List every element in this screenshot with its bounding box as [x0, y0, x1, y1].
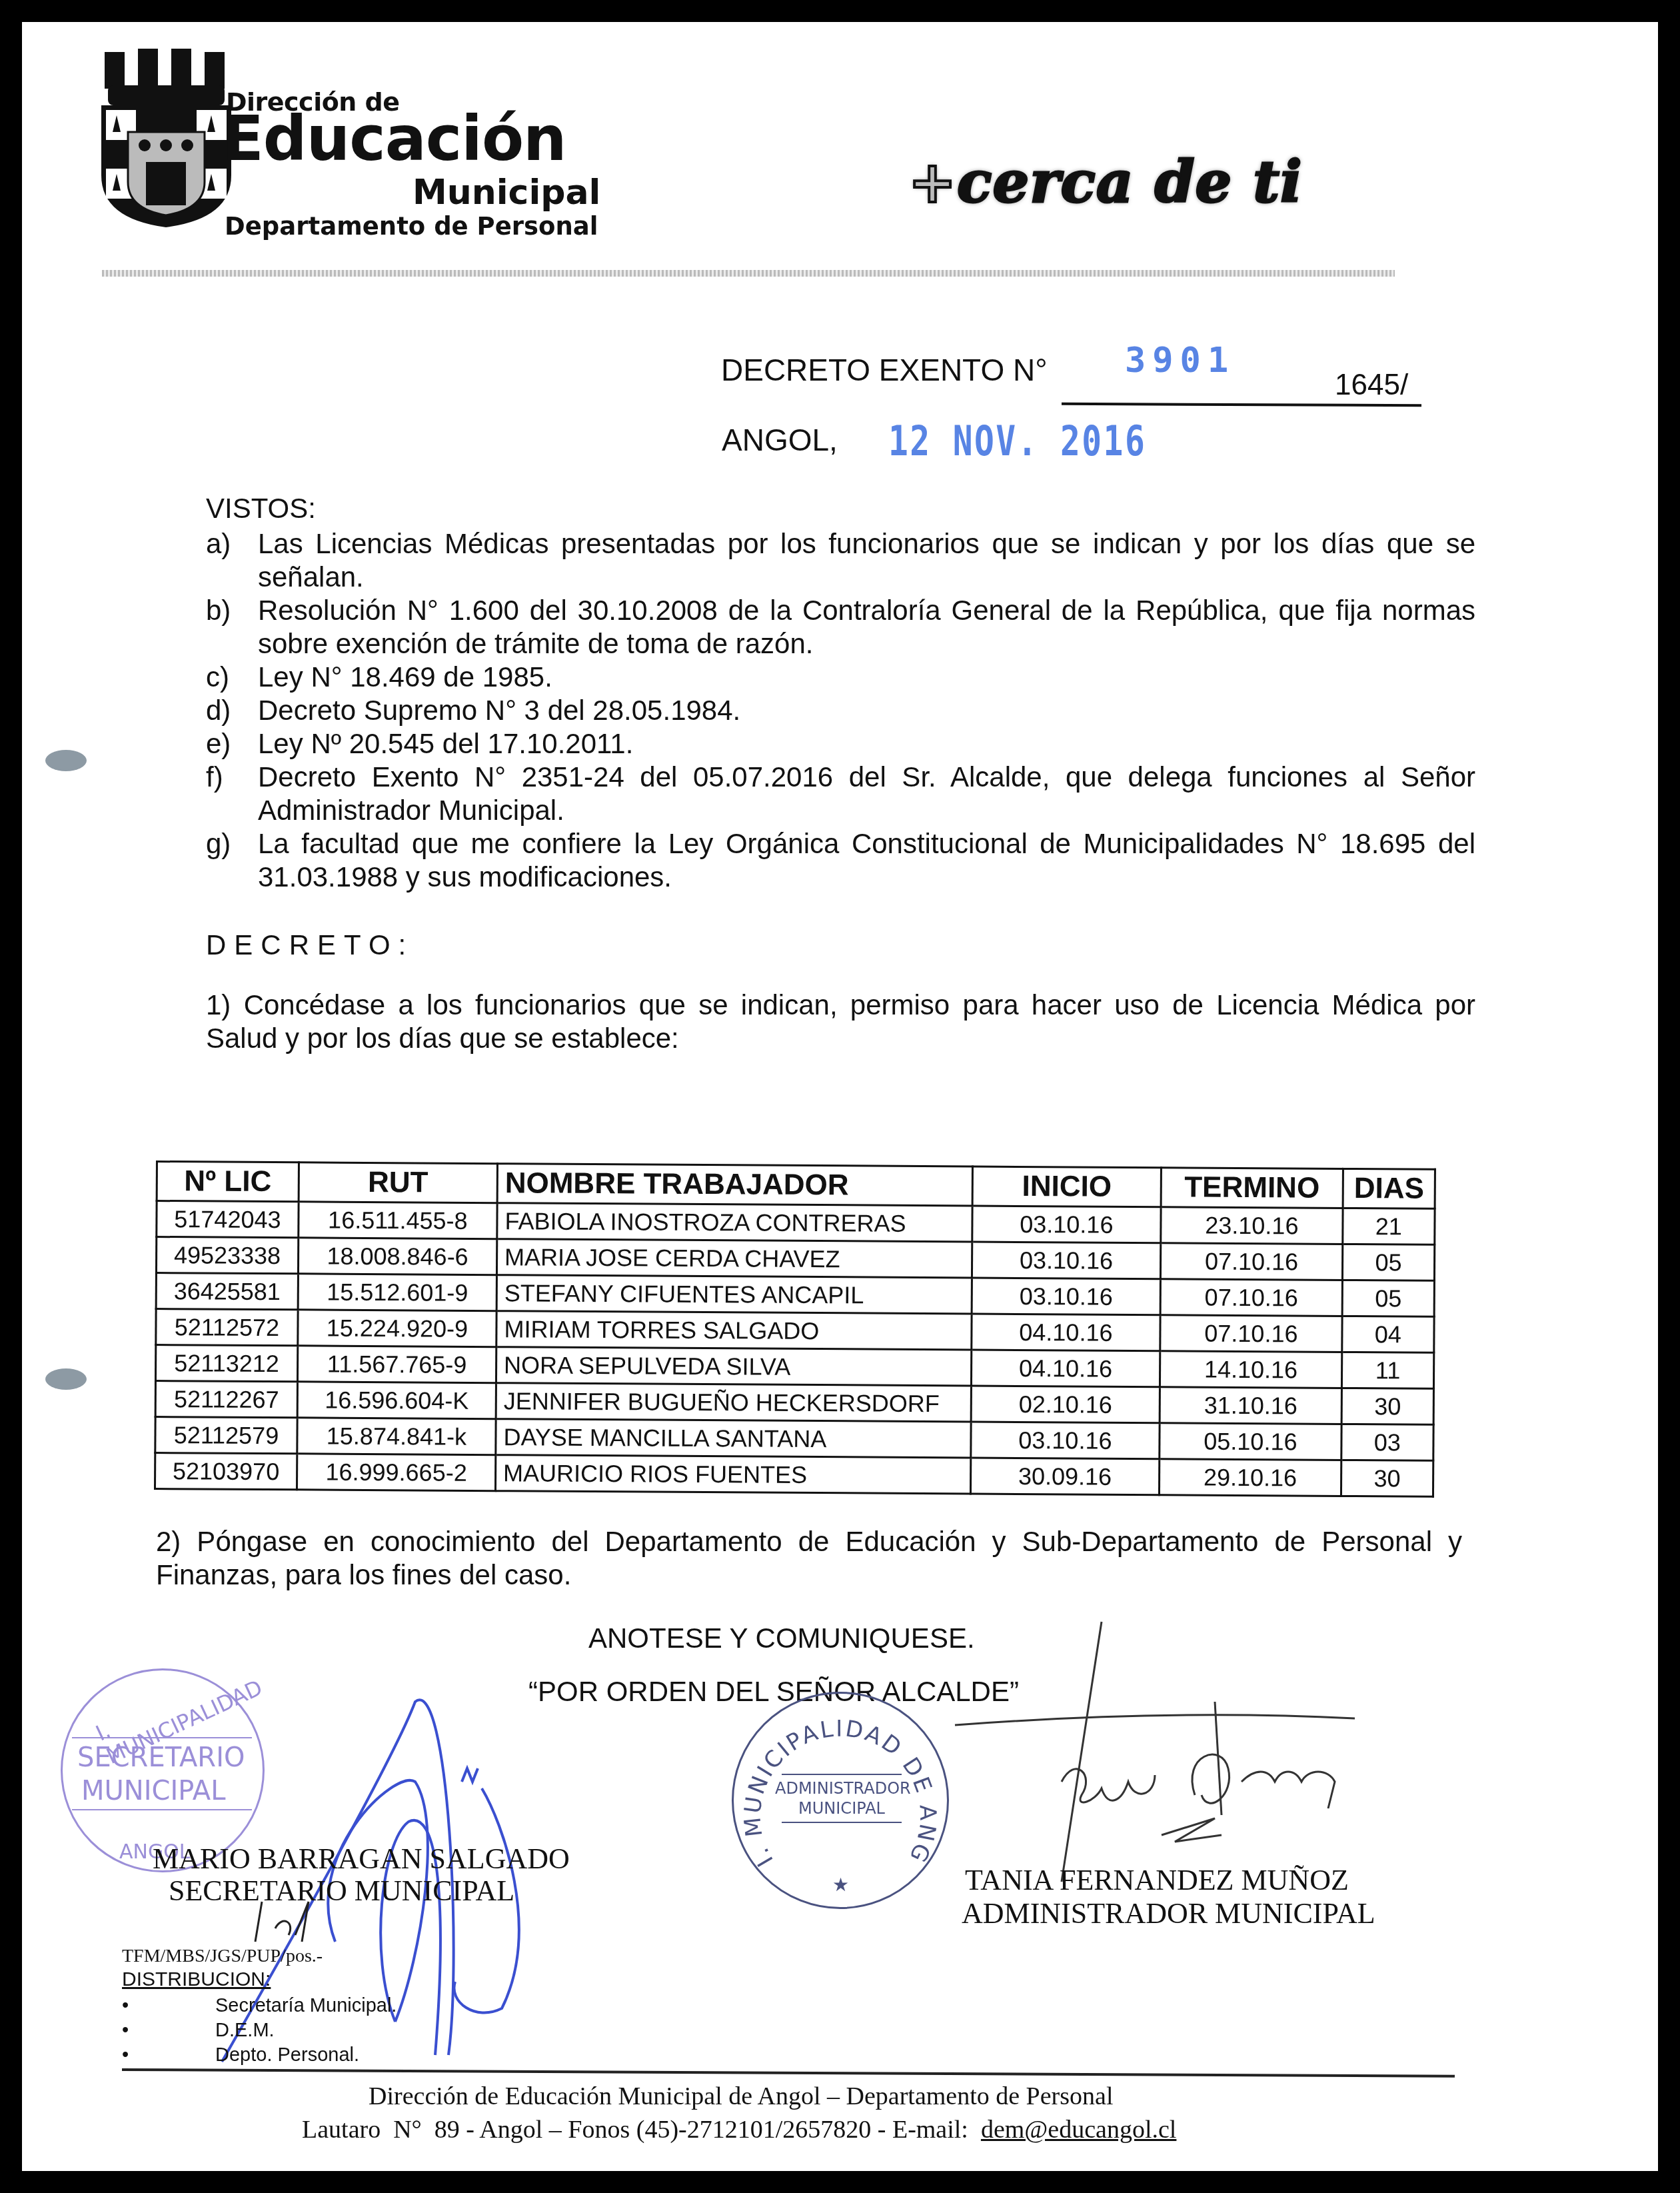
table-cell: 07.10.16 [1160, 1279, 1342, 1316]
table-cell: 51742043 [157, 1201, 299, 1238]
table-header-cell: TERMINO [1161, 1168, 1343, 1208]
distribution-item-text: D.E.M. [215, 2018, 275, 2043]
table-cell: MAURICIO RIOS FUENTES [495, 1455, 970, 1494]
table-cell: 15.224.920-9 [298, 1310, 496, 1347]
table-cell: 52113212 [155, 1345, 297, 1382]
table-cell: 15.512.601-9 [298, 1274, 496, 1311]
plus-icon: + [908, 149, 957, 216]
table-cell: 16.999.665-2 [297, 1454, 495, 1491]
vistos-item: a)Las Licencias Médicas presentadas por … [206, 527, 1475, 594]
vistos-item: e)Ley Nº 20.545 del 17.10.2011. [206, 727, 1475, 761]
distribution-item: •Depto. Personal. [122, 2043, 397, 2068]
punch-hole [45, 1368, 87, 1390]
vistos-item: g)La facultad que me confiere la Ley Org… [206, 827, 1475, 894]
table-cell: 21 [1343, 1208, 1435, 1244]
place-label: ANGOL, [722, 422, 838, 458]
vistos-item: b)Resolución N° 1.600 del 30.10.2008 de … [206, 594, 1475, 661]
vistos-item-text: Ley N° 18.469 de 1985. [258, 661, 1475, 694]
distribution-list: •Secretaría Municipal.•D.E.M.•Depto. Per… [122, 1994, 397, 2068]
table-cell: 30 [1341, 1388, 1433, 1424]
table-cell: NORA SEPULVEDA SILVA [496, 1347, 971, 1386]
signatory-right-title: ADMINISTRADOR MUNICIPAL [962, 1896, 1375, 1930]
signatory-left-name: MARIO BARRAGAN SALGADO [153, 1842, 570, 1876]
initials-scribble-icon [255, 1902, 309, 1942]
anotese-text: ANOTESE Y COMUNIQUESE. [588, 1622, 975, 1655]
table-cell: 03 [1341, 1424, 1433, 1460]
table-cell: 16.596.604-K [297, 1382, 496, 1419]
author-initials: TFM/MBS/JGS/PUP/pos.- [122, 1946, 323, 1967]
table-cell: FABIOLA INOSTROZA CONTRERAS [497, 1203, 972, 1242]
table-cell: 02.10.16 [971, 1386, 1160, 1423]
table-cell: 03.10.16 [971, 1422, 1160, 1459]
table-header-cell: DIAS [1343, 1168, 1435, 1208]
stamp-text: SECRETARIO [77, 1742, 245, 1773]
distribution-item: •D.E.M. [122, 2018, 397, 2043]
table-cell: 18.008.846-6 [298, 1238, 496, 1275]
table-header-cell: Nº LIC [157, 1162, 299, 1202]
table-header-cell: NOMBRE TRABAJADOR [497, 1164, 972, 1206]
table-cell: 16.511.455-8 [299, 1202, 497, 1239]
header-title-educacion: Educación [222, 109, 566, 170]
coat-of-arms-icon [98, 49, 238, 229]
table-cell: 03.10.16 [972, 1242, 1160, 1279]
distribution-item-text: Secretaría Municipal. [215, 1994, 397, 2018]
footer-institution: Dirección de Educación Municipal de Ango… [369, 2082, 1113, 2111]
administrador-municipal-stamp: I. MUNICIPALIDAD DE ANGOL ADMINISTRADOR … [732, 1692, 949, 1909]
decree-number-underline [1062, 403, 1421, 407]
footer-email-link[interactable]: dem@educangol.cl [981, 2116, 1177, 2144]
table-cell: 52112267 [155, 1381, 297, 1418]
vistos-item-label: d) [206, 694, 258, 727]
table-cell: STEFANY CIFUENTES ANCAPIL [496, 1275, 972, 1314]
vistos-item: d)Decreto Supremo N° 3 del 28.05.1984. [206, 694, 1475, 727]
table-cell: 04 [1342, 1316, 1434, 1352]
slogan-logo: +cerca de ti [908, 149, 1303, 216]
distribution-item-text: Depto. Personal. [215, 2043, 359, 2068]
vistos-item-label: c) [206, 661, 258, 694]
vistos-item-label: a) [206, 527, 258, 594]
distribution-heading: DISTRIBUCION: [122, 1968, 271, 1991]
footer-address: Lautaro N° 89 - Angol – Fonos (45)-27121… [302, 2116, 981, 2144]
vistos-item-label: g) [206, 827, 258, 894]
distribution-item: •Secretaría Municipal. [122, 1994, 397, 2018]
table-cell: 52112572 [156, 1309, 298, 1346]
slogan-text: cerca de ti [957, 149, 1303, 216]
decree-number-label: DECRETO EXENTO N° [721, 352, 1048, 388]
table-row: 5210397016.999.665-2MAURICIO RIOS FUENTE… [155, 1453, 1433, 1497]
administrador-signature-icon [955, 1622, 1355, 1882]
table-cell: 49523338 [156, 1237, 298, 1274]
vistos-item-text: Las Licencias Médicas presentadas por lo… [258, 527, 1475, 594]
table-cell: 05.10.16 [1160, 1423, 1341, 1460]
table-header-cell: RUT [299, 1162, 497, 1203]
table-cell: 14.10.16 [1160, 1351, 1341, 1388]
decreto-heading: DECRETO: [206, 929, 414, 962]
vistos-item-label: f) [206, 761, 258, 827]
header-department: Departamento de Personal [225, 214, 598, 239]
table-cell: 36425581 [156, 1273, 298, 1310]
table-cell: 52112579 [155, 1417, 297, 1454]
article-2: 2) Póngase en conocimiento del Departame… [156, 1525, 1462, 1592]
table-cell: 05 [1342, 1244, 1434, 1280]
bullet-icon: • [122, 2043, 215, 2068]
header-line-municipal: Municipal [413, 175, 600, 210]
table-cell: 52103970 [155, 1453, 297, 1490]
punch-hole [45, 750, 87, 771]
table-cell: 11 [1341, 1352, 1433, 1388]
vistos-item-text: Ley Nº 20.545 del 17.10.2011. [258, 727, 1475, 761]
vistos-heading: VISTOS: [206, 492, 316, 525]
stamp-text: MUNICIPAL [775, 1799, 908, 1818]
table-cell: 30 [1341, 1460, 1433, 1496]
article-1: 1) Concédase a los funcionarios que se i… [206, 989, 1475, 1055]
date-stamp: 12 NOV. 2016 [888, 417, 1146, 465]
decree-number-suffix: 1645/ [1335, 369, 1408, 402]
bullet-icon: • [122, 1994, 215, 2018]
footer-divider [122, 2068, 1455, 2078]
medical-leave-table: Nº LICRUTNOMBRE TRABAJADORINICIOTERMINOD… [154, 1160, 1436, 1498]
table-cell: MARIA JOSE CERDA CHAVEZ [496, 1239, 972, 1278]
table-cell: 07.10.16 [1160, 1243, 1342, 1280]
table-cell: 05 [1342, 1280, 1434, 1316]
signatory-left-title: SECRETARIO MUNICIPAL [169, 1874, 514, 1908]
vistos-list: a)Las Licencias Médicas presentadas por … [206, 527, 1475, 894]
table-cell: 29.10.16 [1159, 1459, 1341, 1496]
table-cell: 03.10.16 [972, 1278, 1160, 1315]
table-cell: 04.10.16 [972, 1314, 1160, 1351]
vistos-item-label: e) [206, 727, 258, 761]
vistos-item-text: Resolución N° 1.600 del 30.10.2008 de la… [258, 594, 1475, 661]
table-cell: 31.10.16 [1160, 1387, 1341, 1424]
table-cell: 11.567.765-9 [297, 1346, 496, 1383]
stamp-text: MUNICIPAL [81, 1776, 225, 1806]
vistos-item-text: Decreto Supremo N° 3 del 28.05.1984. [258, 694, 1475, 727]
stamp-text: ADMINISTRADOR [775, 1779, 908, 1798]
footer-contact: Lautaro N° 89 - Angol – Fonos (45)-27121… [302, 2115, 1176, 2144]
header-divider [102, 270, 1395, 277]
table-cell: 15.874.841-k [297, 1418, 496, 1455]
table-cell: 04.10.16 [971, 1350, 1160, 1387]
table-cell: 07.10.16 [1160, 1315, 1342, 1352]
vistos-item-label: b) [206, 594, 258, 661]
document-page: Dirección de Educación Municipal Departa… [22, 22, 1658, 2171]
decree-number-stamp: 3901 [1125, 341, 1235, 381]
table-cell: JENNIFER BUGUEÑO HECKERSDORF [496, 1383, 971, 1422]
table-cell: 23.10.16 [1161, 1207, 1343, 1244]
bullet-icon: • [122, 2018, 215, 2043]
signatory-right-name: TANIA FERNANDEZ MUÑOZ [965, 1863, 1349, 1897]
vistos-item-text: La facultad que me confiere la Ley Orgán… [258, 827, 1475, 894]
table-cell: DAYSE MANCILLA SANTANA [496, 1419, 971, 1458]
vistos-item: c)Ley N° 18.469 de 1985. [206, 661, 1475, 694]
vistos-item-text: Decreto Exento N° 2351-24 del 05.07.2016… [258, 761, 1475, 827]
table-cell: MIRIAM TORRES SALGADO [496, 1311, 972, 1350]
table-cell: 03.10.16 [972, 1206, 1161, 1243]
table-header-cell: INICIO [972, 1166, 1161, 1207]
vistos-item: f)Decreto Exento N° 2351-24 del 05.07.20… [206, 761, 1475, 827]
star-icon: ★ [832, 1874, 849, 1896]
table-cell: 30.09.16 [970, 1458, 1159, 1495]
